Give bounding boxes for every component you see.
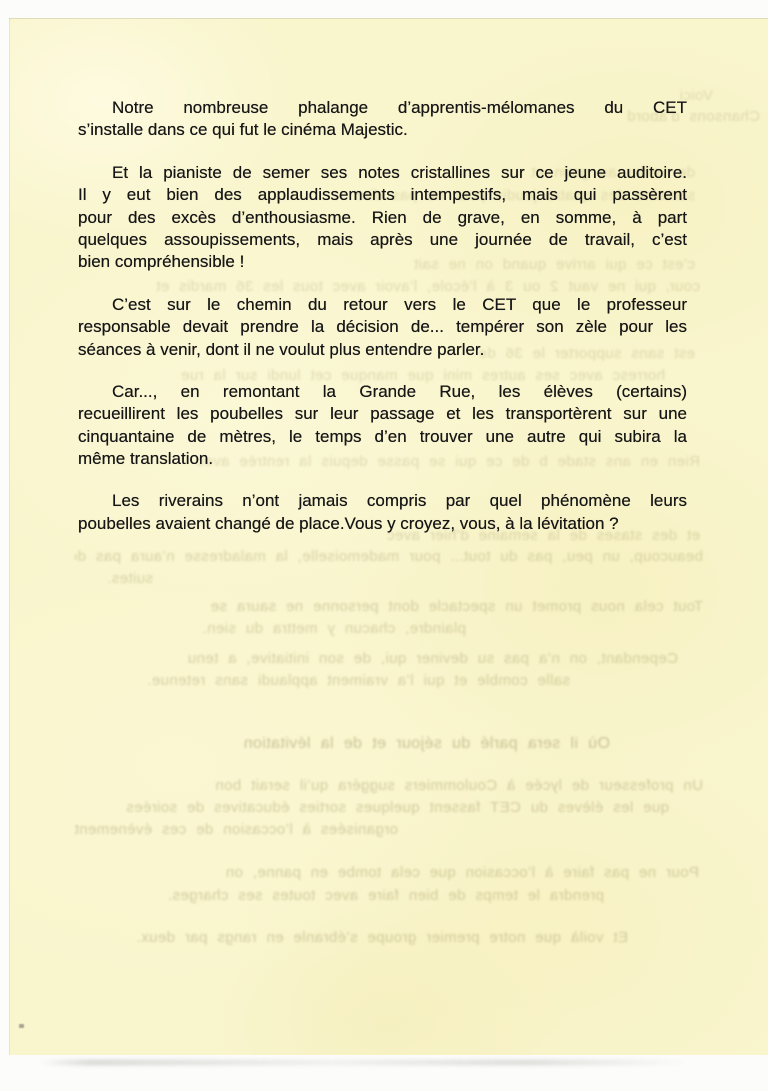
paragraph: Car..., en remontant la Grande Rue, les … <box>78 381 687 471</box>
scanned-page-background: { "document": { "kind": "scanned photoco… <box>0 0 768 1091</box>
ghost-bleedthrough-line: Cependant, on n’a pas su deviner qui, de… <box>103 649 678 669</box>
ghost-bleedthrough-line: Pour ne pas faire à l’occasion que cela … <box>103 863 699 883</box>
text-line: Notre nombreuse phalange d’apprentis-mél… <box>78 97 687 119</box>
ghost-bleedthrough-line: organisées à l’occasion de ces évènement… <box>74 820 398 840</box>
text-line: C’est sur le chemin du retour vers le CE… <box>78 294 687 316</box>
ghost-bleedthrough-line: Et voilà que notre premier groupe s’ébra… <box>103 928 628 948</box>
ghost-bleedthrough-line: salle comble et qui l’a vraiment applaud… <box>85 671 570 691</box>
ghost-bleedthrough-line: Tout cela nous promet un spectacle dont … <box>88 597 703 617</box>
paragraph: Les riverains n’ont jamais compris par q… <box>78 490 687 535</box>
text-line: pour des excès d’enthousiasme. Rien de g… <box>78 207 687 229</box>
text-line: séances à venir, dont il ne voulut plus … <box>78 339 687 361</box>
text-line: même translation. <box>78 448 687 470</box>
text-line: s’installe dans ce qui fut le cinéma Maj… <box>78 119 687 141</box>
paper-page: VoiciChansons d’abordde veiller au grain… <box>9 18 768 1055</box>
text-line: Les riverains n’ont jamais compris par q… <box>78 490 687 512</box>
ghost-bleedthrough-line: plaindre, chacun y mettra du sien. <box>168 619 466 639</box>
text-line: recueillirent les poubelles sur leur pas… <box>78 403 687 425</box>
text-line: Car..., en remontant la Grande Rue, les … <box>78 381 687 403</box>
text-line: poubelles avaient changé de place.Vous y… <box>78 513 687 535</box>
body-text-column: Notre nombreuse phalange d’apprentis-mél… <box>78 97 687 555</box>
paragraph: Et la pianiste de semer ses notes crista… <box>78 162 687 274</box>
text-line: bien compréhensible ! <box>78 251 687 273</box>
ghost-bleedthrough-line: Où il sera parlé du séjour et de la lévi… <box>215 734 610 754</box>
ghost-bleedthrough-line: Un professeur de lycée à Coulommiers sug… <box>108 776 703 796</box>
text-line: Il y eut bien des applaudissements intem… <box>78 184 687 206</box>
scanner-shadow <box>40 1060 690 1065</box>
text-line: cinquantaine de mètres, le temps d’en tr… <box>78 426 687 448</box>
text-line: responsable devait prendre la décision d… <box>78 316 687 338</box>
ghost-bleedthrough-line: suites. <box>75 569 153 589</box>
text-line: Et la pianiste de semer ses notes crista… <box>78 162 687 184</box>
ink-speck <box>19 1024 24 1028</box>
ghost-bleedthrough-line: que les élèves du CET fassent quelques s… <box>74 798 669 818</box>
paragraph: C’est sur le chemin du retour vers le CE… <box>78 294 687 361</box>
text-line: quelques assoupissements, mais après une… <box>78 229 687 251</box>
paragraph: Notre nombreuse phalange d’apprentis-mél… <box>78 97 687 142</box>
ghost-bleedthrough-line: prendra le temps de bien faire avec tout… <box>90 886 604 906</box>
